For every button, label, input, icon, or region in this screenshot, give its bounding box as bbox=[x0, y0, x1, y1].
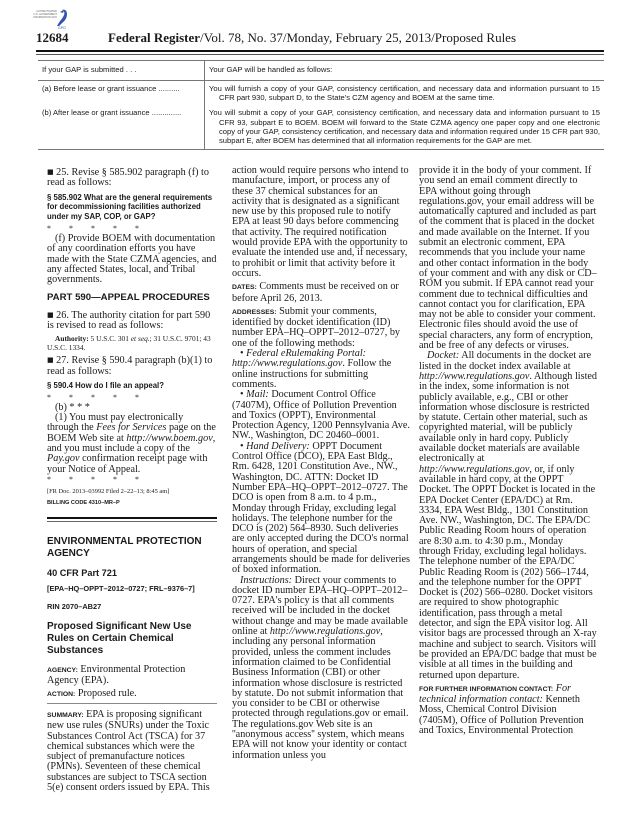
square-bullet-icon: ■ bbox=[47, 168, 54, 176]
federal-register-page: AUTHENTICATED U.S. GOVERNMENT INFORMATIO… bbox=[0, 0, 640, 828]
billing-code: BILLING CODE 4310–MR–P bbox=[47, 498, 217, 508]
gpo-authenticated-logo: AUTHENTICATED U.S. GOVERNMENT INFORMATIO… bbox=[33, 8, 75, 30]
column-2: action would require persons who intend … bbox=[232, 166, 410, 764]
instructions-continued: provide it in the body of your comment. … bbox=[419, 166, 597, 351]
column-1: ■ 25. Revise § 585.902 paragraph (f) to … bbox=[47, 167, 217, 796]
action-field: ACTION: Proposed rule. bbox=[47, 689, 217, 700]
issue-info: /Vol. 78, No. 37/Monday, February 25, 20… bbox=[200, 30, 516, 45]
section-heading-585-902: § 585.902 What are the general requireme… bbox=[47, 193, 217, 222]
amendatory-instruction-26: ■ 26. The authority citation for part 59… bbox=[47, 310, 217, 332]
docket-paragraph: Docket: All documents in the docket are … bbox=[419, 351, 597, 681]
omission-stars: * * * * * bbox=[47, 476, 217, 484]
header-rule-thick bbox=[36, 50, 604, 52]
rule-title: Proposed Significant New Use Rules on Ce… bbox=[47, 621, 217, 657]
square-bullet-icon: ■ bbox=[47, 311, 54, 319]
table-header-row: If your GAP is submitted . . . Your GAP … bbox=[38, 61, 604, 81]
page-number: 12684 bbox=[36, 30, 69, 46]
summary-field: SUMMARY: EPA is proposing significant ne… bbox=[47, 710, 217, 793]
table-cell-handling: You will submit a copy of your GAP, cons… bbox=[205, 105, 605, 149]
cfr-part-heading: 40 CFR Part 721 bbox=[47, 568, 217, 578]
column-3: provide it in the body of your comment. … bbox=[419, 166, 597, 739]
table-row: (b) After lease or grant issuance ......… bbox=[38, 105, 604, 149]
authority-citation: Authority: 5 U.S.C. 301 et seq.; 31 U.S.… bbox=[47, 334, 217, 352]
square-bullet-icon: ■ bbox=[47, 356, 54, 364]
publication-name: Federal Register bbox=[108, 30, 200, 45]
summary-continued: action would require persons who intend … bbox=[232, 166, 410, 279]
method-portal: • Federal eRulemaking Portal: http://www… bbox=[232, 349, 410, 390]
omission-stars: * * * * * bbox=[47, 225, 217, 233]
paragraph-b1: (1) You must pay electronically through … bbox=[47, 413, 217, 475]
fr-doc-line: [FR Doc. 2013–03992 Filed 2–22–13; 8:45 … bbox=[47, 487, 217, 496]
table-cell-when: (a) Before lease or grant issuance .....… bbox=[38, 81, 205, 106]
table-header: If your GAP is submitted . . . bbox=[38, 61, 205, 81]
summary-divider bbox=[47, 703, 217, 704]
header-rule-thin bbox=[36, 54, 604, 55]
agency-field: AGENCY: Environmental Protection Agency … bbox=[47, 665, 217, 687]
eagle-icon: GPO bbox=[33, 8, 75, 30]
method-hand-delivery: • Hand Delivery: OPPT Document Control O… bbox=[232, 442, 410, 576]
table-row: (a) Before lease or grant issuance .....… bbox=[38, 81, 604, 106]
amendatory-instruction-27: ■ 27. Revise § 590.4 paragraph (b)(1) to… bbox=[47, 355, 217, 377]
table-cell-handling: You will furnish a copy of your GAP, con… bbox=[205, 81, 605, 106]
instructions-paragraph: Instructions: Direct your comments to do… bbox=[232, 576, 410, 761]
document-divider-thick bbox=[47, 517, 217, 519]
agency-heading: ENVIRONMENTAL PROTECTION AGENCY bbox=[47, 536, 217, 560]
method-mail: • Mail: Document Control Office (7407M),… bbox=[232, 390, 410, 441]
section-heading-590-4: § 590.4 How do I file an appeal? bbox=[47, 381, 217, 391]
docket-number: [EPA–HQ–OPPT–2012–0727; FRL–9376–7] bbox=[47, 584, 217, 594]
contact-field: FOR FURTHER INFORMATION CONTACT: For tec… bbox=[419, 684, 597, 736]
document-divider-thin bbox=[47, 521, 217, 522]
omission-stars: * * * * * bbox=[47, 394, 217, 402]
gap-handling-table: If your GAP is submitted . . . Your GAP … bbox=[38, 60, 604, 150]
amendatory-instruction-25: ■ 25. Revise § 585.902 paragraph (f) to … bbox=[47, 167, 217, 189]
part-590-heading: PART 590—APPEAL PROCEDURES bbox=[47, 293, 217, 303]
running-title: Federal Register/Vol. 78, No. 37/Monday,… bbox=[108, 30, 516, 46]
table-header: Your GAP will be handled as follows: bbox=[205, 61, 605, 81]
paragraph-f: (f) Provide BOEM with documentation of a… bbox=[47, 234, 217, 285]
addresses-field: ADDRESSES: Submit your comments, identif… bbox=[232, 307, 410, 349]
table-cell-when: (b) After lease or grant issuance ......… bbox=[38, 105, 205, 149]
dates-field: DATES: Comments must be received on or b… bbox=[232, 282, 410, 304]
rin-number: RIN 2070–AB27 bbox=[47, 602, 217, 612]
